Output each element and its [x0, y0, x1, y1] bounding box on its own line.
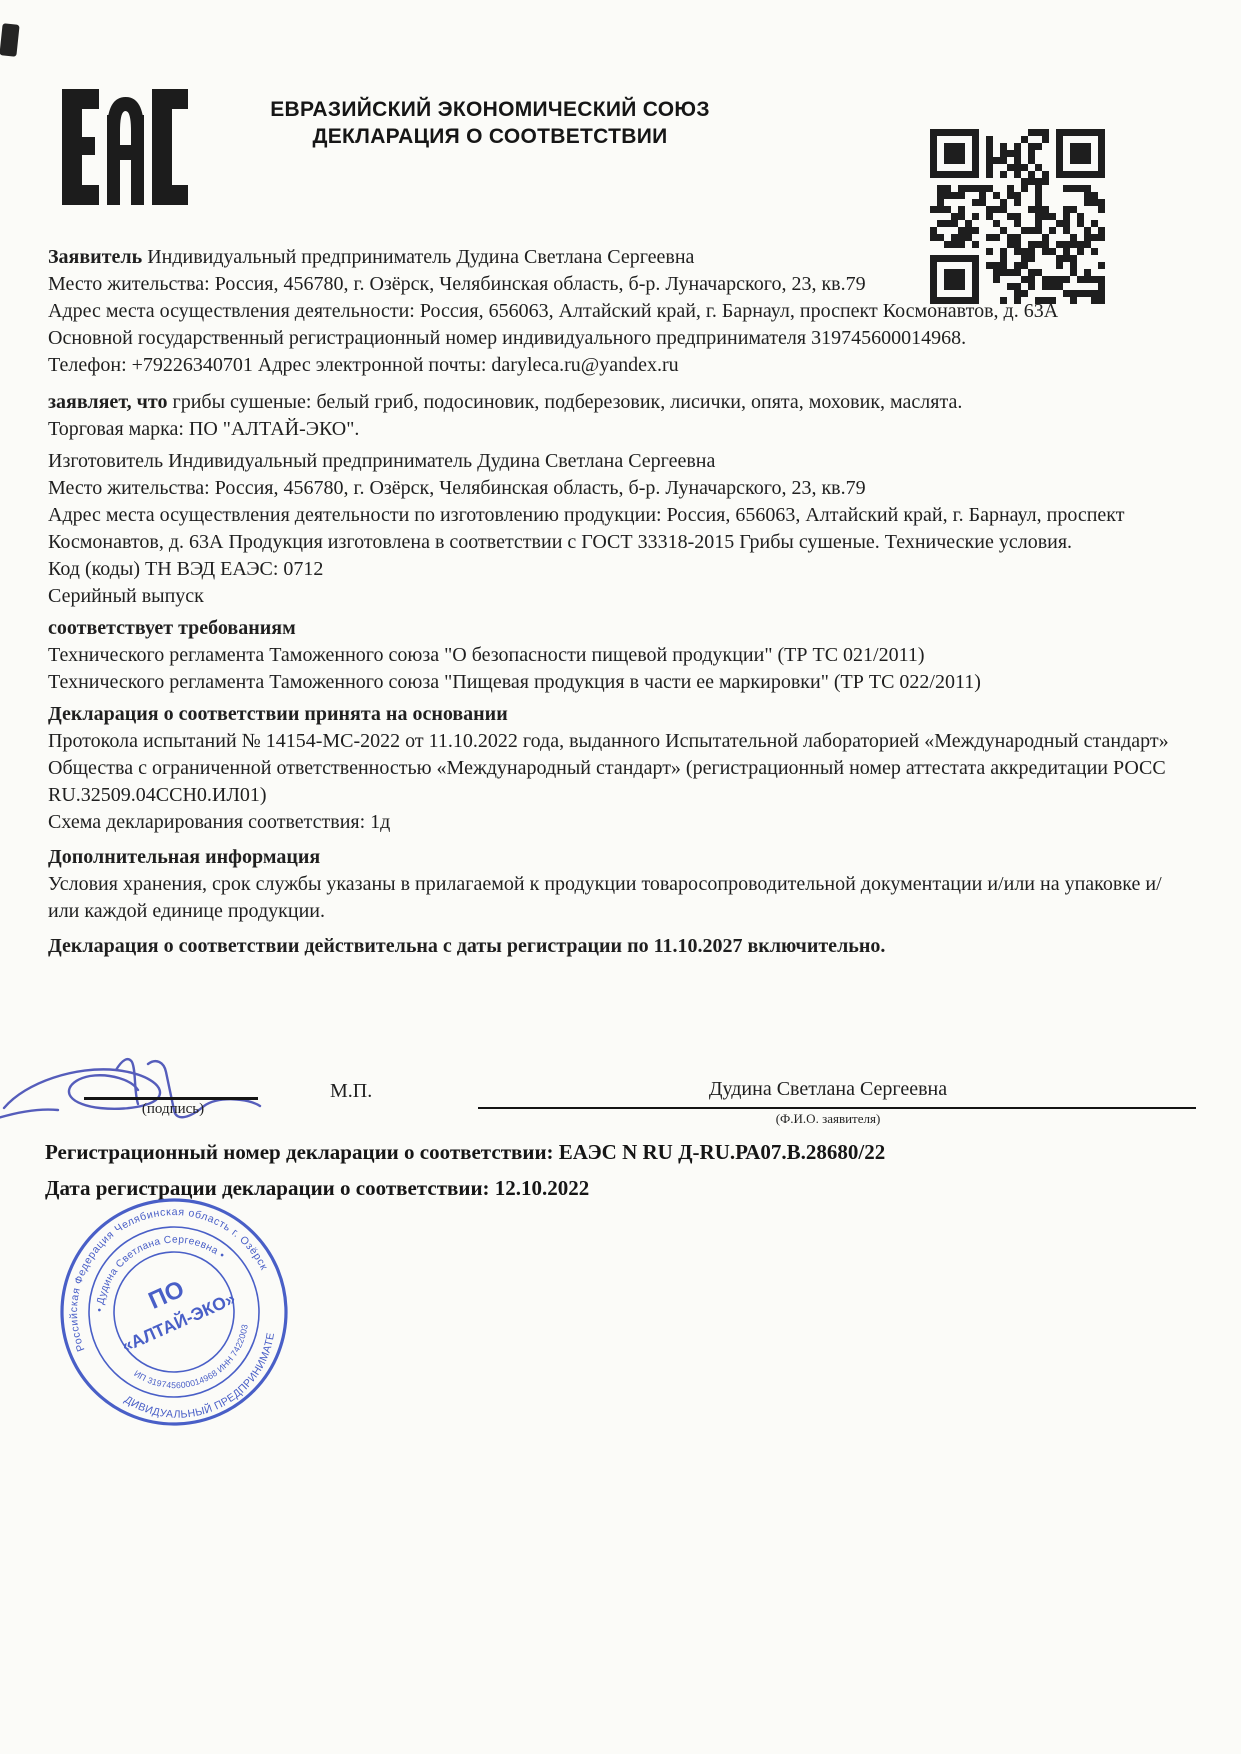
applicant-contacts: Телефон: +79226340701 Адрес электронной … — [48, 352, 1170, 379]
eac-logo — [62, 88, 188, 206]
manufacturer-name: Индивидуальный предприниматель Дудина Св… — [168, 450, 715, 472]
additional-info-heading: Дополнительная информация — [48, 844, 1170, 871]
additional-info-text: Условия хранения, срок службы указаны в … — [48, 871, 1170, 925]
declares-lead: заявляет, что — [48, 391, 167, 413]
manufacturer-residence: Место жительства: Россия, 456780, г. Озё… — [48, 475, 1170, 502]
document-title: ЕВРАЗИЙСКИЙ ЭКОНОМИЧЕСКИЙ СОЮЗ ДЕКЛАРАЦИ… — [225, 96, 755, 150]
scan-artifact — [0, 23, 20, 57]
signature-line — [84, 1097, 258, 1100]
manufacturer-lead: Изготовитель — [48, 450, 163, 472]
signature-caption: (подпись) — [98, 1101, 248, 1118]
manufacturer-line: Изготовитель Индивидуальный предпринимат… — [48, 448, 1170, 475]
tnved-code-line: Код (коды) ТН ВЭД ЕАЭС: 0712 — [48, 556, 1170, 583]
declaration-document: ЕАС ЕВРАЗИЙСКИЙ ЭКОНОМИЧЕСКИЙ СОЮЗ ДЕКЛА… — [0, 0, 1241, 1754]
declaration-scheme: Схема декларирования соответствия: 1д — [48, 809, 1170, 836]
trademark-line: Торговая марка: ПО "АЛТАЙ-ЭКО". — [48, 416, 1170, 443]
production-address: Адрес места осуществления деятельности п… — [48, 502, 1170, 556]
document-body: Заявитель Индивидуальный предприниматель… — [48, 244, 1170, 960]
title-line-declaration: ДЕКЛАРАЦИЯ О СООТВЕТСТВИИ — [225, 123, 755, 150]
applicant-activity-address: Адрес места осуществления деятельности: … — [48, 298, 1170, 325]
applicant-fio: Дудина Светлана Сергеевна — [478, 1078, 1178, 1101]
signature-block: (подпись) М.П. Дудина Светлана Сергеевна… — [48, 1060, 1178, 1130]
compliance-heading: соответствует требованиям — [48, 615, 1170, 642]
declares-product: грибы сушеные: белый гриб, подосиновик, … — [172, 391, 962, 413]
basis-heading: Декларация о соответствии принята на осн… — [48, 701, 1170, 728]
applicant-ogrn: Основной государственный регистрационный… — [48, 325, 1170, 352]
title-line-union: ЕВРАЗИЙСКИЙ ЭКОНОМИЧЕСКИЙ СОЮЗ — [225, 96, 755, 123]
applicant-name: Индивидуальный предприниматель Дудина Св… — [147, 246, 694, 268]
fio-line — [478, 1107, 1196, 1109]
applicant-residence: Место жительства: Россия, 456780, г. Озё… — [48, 271, 1170, 298]
applicant-line: Заявитель Индивидуальный предприниматель… — [48, 244, 1170, 271]
test-protocol: Протокола испытаний № 14154-МС-2022 от 1… — [48, 728, 1170, 809]
validity-line: Декларация о соответствии действительна … — [48, 933, 1170, 960]
regulation-2: Технического регламента Таможенного союз… — [48, 669, 1170, 696]
serial-release-line: Серийный выпуск — [48, 583, 1170, 610]
stamp-place-label: М.П. — [330, 1080, 372, 1103]
handwritten-signature — [0, 1056, 318, 1134]
declares-line: заявляет, что грибы сушеные: белый гриб,… — [48, 389, 1170, 416]
regulation-1: Технического регламента Таможенного союз… — [48, 642, 1170, 669]
applicant-lead: Заявитель — [48, 246, 142, 268]
fio-caption: (Ф.И.О. заявителя) — [478, 1111, 1178, 1127]
